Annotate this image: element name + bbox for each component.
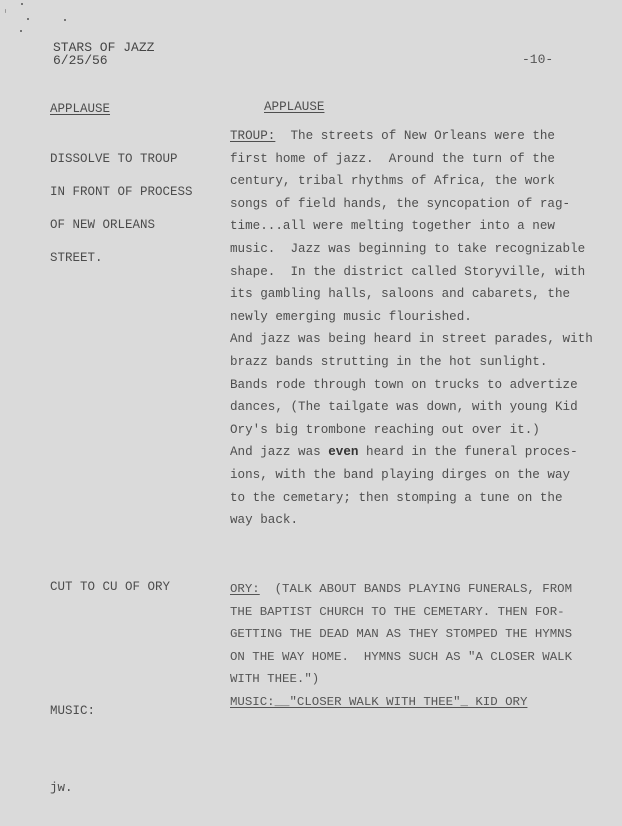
paper-speck	[27, 18, 29, 20]
dialogue-line: THE BAPTIST CHURCH TO THE CEMETARY. THEN…	[230, 601, 615, 624]
overtyped-word: even	[328, 445, 358, 459]
dialogue-line: to the cemetary; then stomping a tune on…	[230, 487, 615, 510]
direction-line: DISSOLVE TO TROUP	[50, 154, 193, 165]
ory-dialogue: ORY: (TALK ABOUT BANDS PLAYING FUNERALS,…	[230, 578, 615, 714]
dialogue-line: its gambling halls, saloons and cabarets…	[230, 283, 615, 306]
right-cue-applause: APPLAUSE	[264, 96, 622, 119]
speaker-troup: TROUP:	[230, 129, 275, 143]
direction-line: STREET.	[50, 253, 193, 264]
page-number: -10-	[522, 52, 553, 67]
dialogue-line: ON THE WAY HOME. HYMNS SUCH AS "A CLOSER…	[230, 646, 615, 669]
dialogue-line: songs of field hands, the syncopation of…	[230, 193, 615, 216]
dialogue-line: WITH THEE.")	[230, 668, 615, 691]
dialogue-line: Bands rode through town on trucks to adv…	[230, 374, 615, 397]
paper-speck	[5, 9, 6, 13]
music-cue: MUSIC:__"CLOSER WALK WITH THEE"_ KID ORY	[230, 691, 615, 714]
applause-label: APPLAUSE	[264, 96, 622, 119]
dialogue-line: first home of jazz. Around the turn of t…	[230, 148, 615, 171]
speaker-ory: ORY:	[230, 582, 260, 596]
left-cue-applause: APPLAUSE	[50, 104, 110, 115]
dialogue-fragment: And jazz was	[230, 445, 328, 459]
dialogue-line: dances, (The tailgate was down, with you…	[230, 396, 615, 419]
dialogue-line: way back.	[230, 509, 615, 532]
paper-speck	[20, 30, 22, 32]
dialogue-line: music. Jazz was beginning to take recogn…	[230, 238, 615, 261]
broadcast-date: 6/25/56	[53, 54, 154, 67]
dialogue-line: brazz bands strutting in the hot sunligh…	[230, 351, 615, 374]
script-header: STARS OF JAZZ 6/25/56	[53, 41, 154, 67]
dialogue-line: newly emerging music flourished.	[230, 306, 615, 329]
dialogue-line: (TALK ABOUT BANDS PLAYING FUNERALS, FROM	[260, 582, 572, 596]
typewritten-script-page: STARS OF JAZZ 6/25/56 -10- APPLAUSE DISS…	[0, 0, 622, 826]
left-cue-dissolve: DISSOLVE TO TROUP IN FRONT OF PROCESS OF…	[50, 132, 193, 286]
direction-line: OF NEW ORLEANS	[50, 220, 193, 231]
typist-initials: jw.	[50, 783, 73, 794]
dialogue-line: ions, with the band playing dirges on th…	[230, 464, 615, 487]
dialogue-fragment: heard in the funeral proces-	[358, 445, 577, 459]
dialogue-line: century, tribal rhythms of Africa, the w…	[230, 170, 615, 193]
direction-line: IN FRONT OF PROCESS	[50, 187, 193, 198]
dialogue-line: The streets of New Orleans were the	[275, 129, 555, 143]
dialogue-line: And jazz was being heard in street parad…	[230, 328, 615, 351]
left-cue-music: MUSIC:	[50, 706, 95, 717]
dialogue-line: shape. In the district called Storyville…	[230, 261, 615, 284]
dialogue-line: Ory's big trombone reaching out over it.…	[230, 419, 615, 442]
dialogue-line: time...all were melting together into a …	[230, 215, 615, 238]
dialogue-line: GETTING THE DEAD MAN AS THEY STOMPED THE…	[230, 623, 615, 646]
left-cue-cut-to-ory: CUT TO CU OF ORY	[50, 582, 170, 593]
paper-speck	[21, 3, 23, 5]
troup-dialogue: TROUP: The streets of New Orleans were t…	[230, 125, 615, 532]
paper-speck	[64, 19, 66, 21]
